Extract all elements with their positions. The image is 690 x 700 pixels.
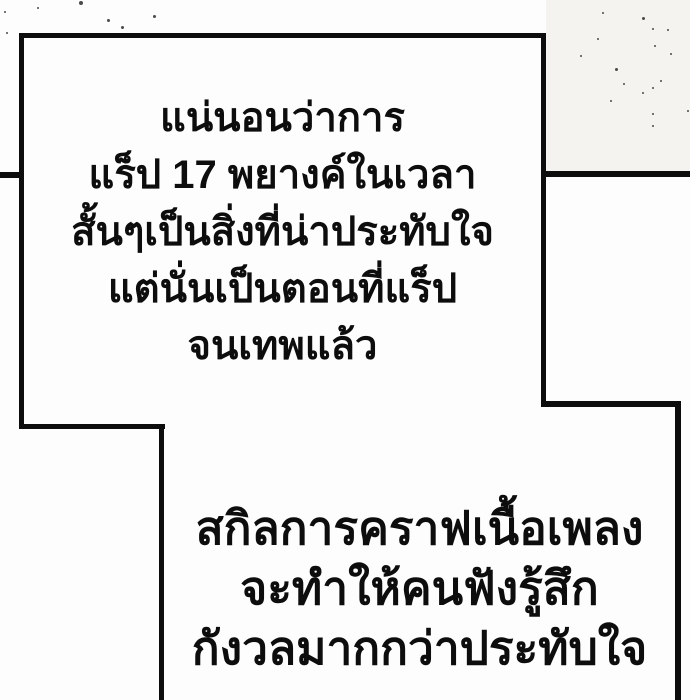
panel-border-gutter-right: [546, 171, 690, 177]
speech-bubble-line: แน่นอนว่าการ: [24, 90, 541, 147]
upper-panel-background: [546, 0, 690, 171]
ink-speck: [37, 7, 39, 9]
ink-speck: [623, 83, 625, 85]
caption-line: จะทำให้คนฟังรู้สึก: [164, 558, 675, 618]
speech-bubble-border-top: [19, 33, 546, 38]
ink-speck: [4, 11, 6, 13]
ink-speck: [153, 15, 156, 18]
ink-speck: [121, 26, 124, 29]
comic-page: แน่นอนว่าการ แร็ป 17 พยางค์ในเวลา สั้นๆเ…: [0, 0, 690, 700]
speech-bubble-border-right: [541, 33, 546, 407]
speech-bubble: แน่นอนว่าการ แร็ป 17 พยางค์ในเวลา สั้นๆเ…: [24, 90, 541, 375]
ink-speck: [615, 68, 618, 71]
ink-speck: [652, 113, 654, 115]
speech-bubble-line: จนเทพแล้ว: [24, 318, 541, 375]
speech-bubble-border-bottom: [19, 424, 165, 429]
ink-speck: [642, 92, 644, 94]
ink-speck: [642, 17, 645, 20]
ink-speck: [652, 87, 654, 89]
lower-panel-border-right: [675, 401, 681, 700]
speech-bubble-line: สั้นๆเป็นสิ่งที่น่าประทับใจ: [24, 204, 541, 261]
ink-speck: [652, 125, 654, 127]
ink-speck: [660, 80, 662, 82]
ink-speck: [597, 38, 599, 40]
ink-speck: [79, 1, 83, 5]
lower-panel-border-top: [541, 401, 681, 407]
ink-speck: [667, 29, 669, 31]
caption-line: กังวลมากกว่าประทับใจ: [164, 618, 675, 678]
panel-border-gutter-left: [0, 172, 19, 178]
ink-speck: [610, 100, 612, 102]
ink-speck: [687, 110, 689, 112]
caption-line: สกิลการคราฟเนื้อเพลง: [164, 498, 675, 558]
ink-speck: [6, 32, 8, 34]
ink-speck: [652, 28, 654, 30]
ink-speck: [602, 12, 604, 14]
ink-speck: [654, 45, 656, 47]
ink-speck: [670, 53, 672, 55]
ink-speck: [580, 55, 582, 57]
speech-bubble-line: แต่นั่นเป็นตอนที่แร็ป: [24, 261, 541, 318]
ink-speck: [107, 19, 110, 22]
speech-bubble-line: แร็ป 17 พยางค์ในเวลา: [24, 147, 541, 204]
caption: สกิลการคราฟเนื้อเพลง จะทำให้คนฟังรู้สึก …: [164, 498, 675, 678]
